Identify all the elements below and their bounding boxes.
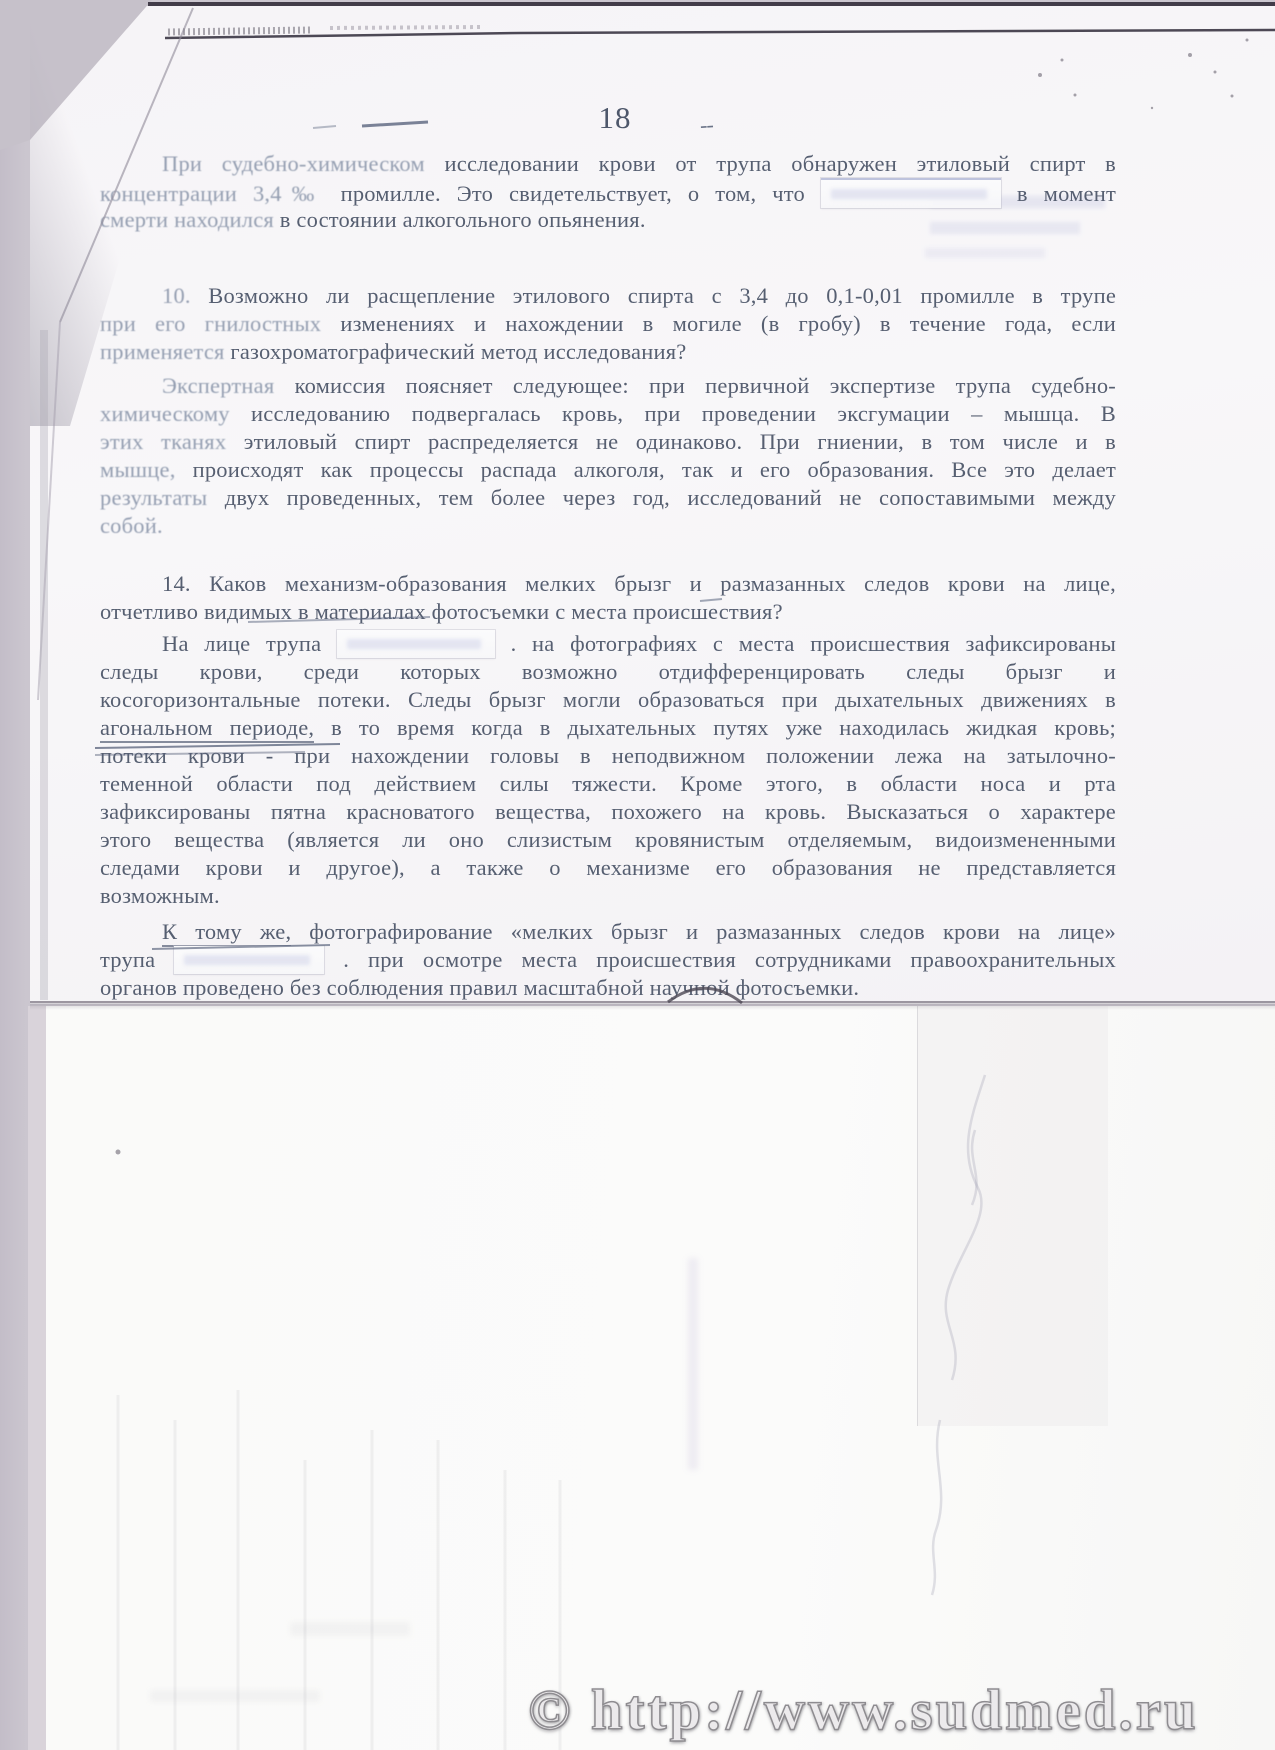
- smudged-text: этих тканях: [100, 429, 226, 454]
- text-line: смерти находился в состоянии алкогольног…: [100, 206, 1116, 234]
- text-segment: отчетливо видимых в материалах фотосъемк…: [100, 599, 783, 624]
- smudged-text: Экспертная: [162, 373, 274, 398]
- text-line: химическому исследованию подвергалась кр…: [100, 400, 1116, 428]
- text-segment: в состоянии алкогольного опьянения.: [274, 207, 646, 232]
- text-segment: . на фотографиях с места происшествия за…: [495, 631, 1116, 656]
- pen-dash-mark: --: [699, 112, 713, 139]
- text-line: собой.: [100, 512, 1116, 540]
- text-line: возможным.: [100, 882, 1116, 910]
- pen-underlined-text: К тому же,: [162, 919, 291, 947]
- text-segment: зафиксированы пятна красноватого веществ…: [100, 799, 1116, 824]
- text-segment: изменениях и нахождении в могиле (в гроб…: [321, 311, 1116, 336]
- text-segment: в то время когда в дыхательных путях уже…: [314, 715, 1116, 740]
- text-line: При судебно-химическом исследовании кров…: [100, 150, 1116, 178]
- watermark-url: © http://www.sudmed.ru: [528, 1678, 1199, 1743]
- redaction-whiteout: [821, 178, 1001, 208]
- smudged-text: 10.: [162, 283, 191, 308]
- text-segment: комиссия поясняет следующее: при первичн…: [274, 373, 1116, 398]
- text-segment: возможным.: [100, 883, 220, 908]
- text-segment: следами крови и другое), а также о механ…: [100, 855, 1116, 880]
- text-segment: органов проведено без соблюдения правил …: [100, 975, 859, 1000]
- text-line: мышце, происходят как процессы распада а…: [100, 456, 1116, 484]
- smudged-text: результаты: [100, 485, 207, 510]
- paragraph: 10. Возможно ли расщепление этилового сп…: [100, 282, 1116, 366]
- paragraph: При судебно-химическом исследовании кров…: [100, 150, 1116, 234]
- text-line: Экспертная комиссия поясняет следующее: …: [100, 372, 1116, 400]
- text-segment: потеки крови - при нахождении головы в н…: [100, 743, 1116, 768]
- text-segment: косогоризонтальные потеки. Следы брызг м…: [100, 687, 1116, 712]
- smudged-text: смерти находился: [100, 207, 274, 232]
- text-segment: . при осмотре места происшествия сотрудн…: [324, 947, 1116, 972]
- text-block: При судебно-химическом исследовании кров…: [100, 150, 1116, 1002]
- text-line: концентрации 3,4‰ промилле. Это свидетел…: [100, 178, 1116, 206]
- bleedthrough-ghost: [688, 1258, 698, 1470]
- text-line: этого вещества (является ли оно слизисты…: [100, 826, 1116, 854]
- text-line: зафиксированы пятна красноватого веществ…: [100, 798, 1116, 826]
- text-line: агональном периоде, в то время когда в д…: [100, 714, 1116, 742]
- text-segment: трупа: [100, 947, 174, 972]
- smudged-text: применяется: [100, 339, 225, 364]
- text-line: 10. Возможно ли расщепление этилового сп…: [100, 282, 1116, 310]
- text-segment: исследованию подвергалась кровь, при про…: [230, 401, 1116, 426]
- text-segment: этиловый спирт распределяется не одинако…: [226, 429, 1116, 454]
- underlying-sheet-tint: [918, 1006, 1108, 1426]
- pen-underlined-text: агональном периоде,: [100, 715, 314, 743]
- text-line: при его гнилостных изменениях и нахожден…: [100, 310, 1116, 338]
- text-line: теменной области под действием силы тяже…: [100, 770, 1116, 798]
- text-segment: исследовании крови от трупа обнаружен эт…: [425, 151, 1116, 176]
- text-segment: 14. Каков механизм-образования мелких бр…: [162, 571, 1116, 596]
- text-line: этих тканях этиловый спирт распределяетс…: [100, 428, 1116, 456]
- text-line: На лице трупа . на фотографиях с места п…: [100, 630, 1116, 658]
- redaction-whiteout: [337, 630, 495, 658]
- text-line: 14. Каков механизм-образования мелких бр…: [100, 570, 1116, 598]
- text-segment: происходят как процессы распада алкоголя…: [176, 457, 1116, 482]
- text-segment: газохроматографический метод исследовани…: [225, 339, 687, 364]
- text-line: следы крови, среди которых возможно отди…: [100, 658, 1116, 686]
- smudged-text: химическому: [100, 401, 230, 426]
- text-line: органов проведено без соблюдения правил …: [100, 974, 1116, 1002]
- text-segment: фотографирование «мелких брызг и размаза…: [291, 919, 1116, 944]
- paragraph: 14. Каков механизм-образования мелких бр…: [100, 570, 1116, 626]
- page-number: 18: [555, 100, 675, 136]
- paragraph: Экспертная комиссия поясняет следующее: …: [100, 372, 1116, 540]
- smudged-text: собой.: [100, 513, 163, 538]
- redaction-whiteout: [174, 946, 324, 974]
- text-line: косогоризонтальные потеки. Следы брызг м…: [100, 686, 1116, 714]
- text-segment: Возможно ли расщепление этилового спирта…: [191, 283, 1116, 308]
- text-line: следами крови и другое), а также о механ…: [100, 854, 1116, 882]
- text-line: трупа . при осмотре места происшествия с…: [100, 946, 1116, 974]
- paragraph: К тому же, фотографирование «мелких брыз…: [100, 918, 1116, 1002]
- scanned-document-page: 18 -- При судебно-химическом исследовани…: [0, 0, 1275, 1750]
- sheet-edge-strip: [28, 1006, 46, 1750]
- text-line: результаты двух проведенных, тем более ч…: [100, 484, 1116, 512]
- text-segment: этого вещества (является ли оно слизисты…: [100, 827, 1116, 852]
- text-line: потеки крови - при нахождении головы в н…: [100, 742, 1116, 770]
- smudged-text: мышце,: [100, 457, 176, 482]
- text-segment: промилле. Это свидетельствует, о том, чт…: [325, 181, 821, 206]
- text-segment: в момент: [1001, 181, 1116, 206]
- text-line: К тому же, фотографирование «мелких брыз…: [100, 918, 1116, 946]
- smudged-text: концентрации 3,4‰: [100, 181, 325, 206]
- paragraph: На лице трупа . на фотографиях с места п…: [100, 630, 1116, 910]
- text-segment: На лице трупа: [162, 631, 337, 656]
- smudged-text: При судебно-химическом: [162, 151, 425, 176]
- text-segment: теменной области под действием силы тяже…: [100, 771, 1116, 796]
- text-segment: следы крови, среди которых возможно отди…: [100, 659, 1116, 684]
- smudged-text: при его гнилостных: [100, 311, 321, 336]
- bleedthrough-ghost: [150, 1690, 320, 1702]
- text-line: применяется газохроматографический метод…: [100, 338, 1116, 366]
- text-line: отчетливо видимых в материалах фотосъемк…: [100, 598, 1116, 626]
- bleedthrough-ghost: [290, 1622, 410, 1636]
- text-segment: двух проведенных, тем более через год, и…: [207, 485, 1116, 510]
